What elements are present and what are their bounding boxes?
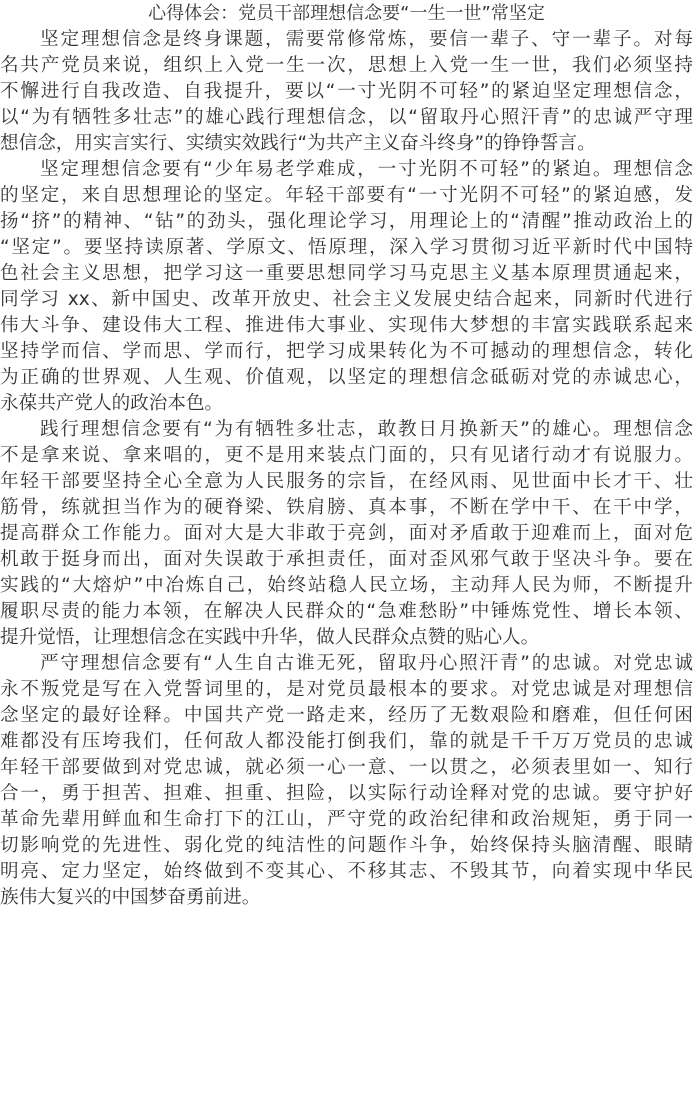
text-line: 念坚定的最好诠释。中国共产党一路走来，经历了无数艰险和磨难，但任何困 <box>0 703 693 729</box>
text-line: 坚定理想信念要有“少年易老学难成，一寸光阴不可轻”的紧迫。理想信念 <box>0 157 693 183</box>
paragraph-3: 践行理想信念要有“为有牺牲多壮志，敢教日月换新天”的雄心。理想信念 不是拿来说、… <box>0 417 693 651</box>
text-line: 履职尽责的能力本领，在解决人民群众的“急难愁盼”中锤炼党性、增长本领、 <box>0 599 693 625</box>
text-line: 名共产党员来说，组织上入党一生一次，思想上入党一生一世，我们必须坚持 <box>0 53 693 79</box>
text-line: 同学习 xx、新中国史、改革开放史、社会主义发展史结合起来，同新时代进行 <box>0 287 693 313</box>
text-line: 色社会主义思想，把学习这一重要思想同学习马克思主义基本原理贯通起来， <box>0 261 693 287</box>
text-line: 提高群众工作能力。面对大是大非敢于亮剑，面对矛盾敢于迎难而上，面对危 <box>0 521 693 547</box>
document: 心得体会：党员干部理想信念要“一生一世”常坚定 坚定理想信念是终身课题，需要常修… <box>0 0 693 911</box>
text-line: “坚定”。要坚持读原著、学原文、悟原理，深入学习贯彻习近平新时代中国特 <box>0 235 693 261</box>
text-line: 严守理想信念要有“人生自古谁无死，留取丹心照汗青”的忠诚。对党忠诚 <box>0 651 693 677</box>
text-line: 年轻干部要做到对党忠诚，就必须一心一意、一以贯之，必须表里如一、知行 <box>0 755 693 781</box>
text-line: 革命先辈用鲜血和生命打下的江山，严守党的政治纪律和政治规矩，勇于同一 <box>0 807 693 833</box>
text-line: 永不叛党是写在入党誓词里的，是对党员最根本的要求。对党忠诚是对理想信 <box>0 677 693 703</box>
text-line: 永葆共产党人的政治本色。 <box>0 391 693 417</box>
text-line: 不是拿来说、拿来唱的，更不是用来装点门面的，只有见诸行动才有说服力。 <box>0 443 693 469</box>
text-line: 伟大斗争、建设伟大工程、推进伟大事业、实现伟大梦想的丰富实践联系起来 <box>0 313 693 339</box>
text-line: 坚持学而信、学而思、学而行，把学习成果转化为不可撼动的理想信念，转化 <box>0 339 693 365</box>
text-line: 切影响党的先进性、弱化党的纯洁性的问题作斗争，始终保持头脑清醒、眼睛 <box>0 833 693 859</box>
paragraph-4: 严守理想信念要有“人生自古谁无死，留取丹心照汗青”的忠诚。对党忠诚 永不叛党是写… <box>0 651 693 911</box>
paragraph-2: 坚定理想信念要有“少年易老学难成，一寸光阴不可轻”的紧迫。理想信念 的坚定，来自… <box>0 157 693 417</box>
text-line: 践行理想信念要有“为有牺牲多壮志，敢教日月换新天”的雄心。理想信念 <box>0 417 693 443</box>
text-line: 机敢于挺身而出，面对失误敢于承担责任，面对歪风邪气敢于坚决斗争。要在 <box>0 547 693 573</box>
paragraph-1: 坚定理想信念是终身课题，需要常修常炼，要信一辈子、守一辈子。对每 名共产党员来说… <box>0 27 693 157</box>
document-title: 心得体会：党员干部理想信念要“一生一世”常坚定 <box>0 1 693 27</box>
text-line: 的坚定，来自思想理论的坚定。年轻干部要有“一寸光阴不可轻”的紧迫感，发 <box>0 183 693 209</box>
text-line: 合一，勇于担苦、担难、担重、担险，以实际行动诠释对党的忠诚。要守护好 <box>0 781 693 807</box>
text-line: 族伟大复兴的中国梦奋勇前进。 <box>0 885 693 911</box>
text-line: 以“为有牺牲多壮志”的雄心践行理想信念，以“留取丹心照汗青”的忠诚严守理 <box>0 105 693 131</box>
text-line: 想信念，用实言实行、实绩实效践行“为共产主义奋斗终身”的铮铮誓言。 <box>0 131 693 157</box>
text-line: 筋骨，练就担当作为的硬脊梁、铁肩膀、真本事，不断在学中干、在干中学， <box>0 495 693 521</box>
text-line: 为正确的世界观、人生观、价值观，以坚定的理想信念砥砺对党的赤诚忠心， <box>0 365 693 391</box>
text-line: 提升觉悟，让理想信念在实践中升华，做人民群众点赞的贴心人。 <box>0 625 693 651</box>
text-line: 实践的“大熔炉”中冶炼自己，始终站稳人民立场，主动拜人民为师，不断提升 <box>0 573 693 599</box>
text-line: 年轻干部要坚持全心全意为人民服务的宗旨，在经风雨、见世面中长才干、壮 <box>0 469 693 495</box>
text-line: 扬“挤”的精神、“钻”的劲头，强化理论学习，用理论上的“清醒”推动政治上的 <box>0 209 693 235</box>
text-line: 坚定理想信念是终身课题，需要常修常炼，要信一辈子、守一辈子。对每 <box>0 27 693 53</box>
text-line: 明亮、定力坚定，始终做到不变其心、不移其志、不毁其节，向着实现中华民 <box>0 859 693 885</box>
text-line: 不懈进行自我改造、自我提升，要以“一寸光阴不可轻”的紧迫坚定理想信念， <box>0 79 693 105</box>
text-line: 难都没有压垮我们，任何敌人都没能打倒我们，靠的就是千千万万党员的忠诚 <box>0 729 693 755</box>
